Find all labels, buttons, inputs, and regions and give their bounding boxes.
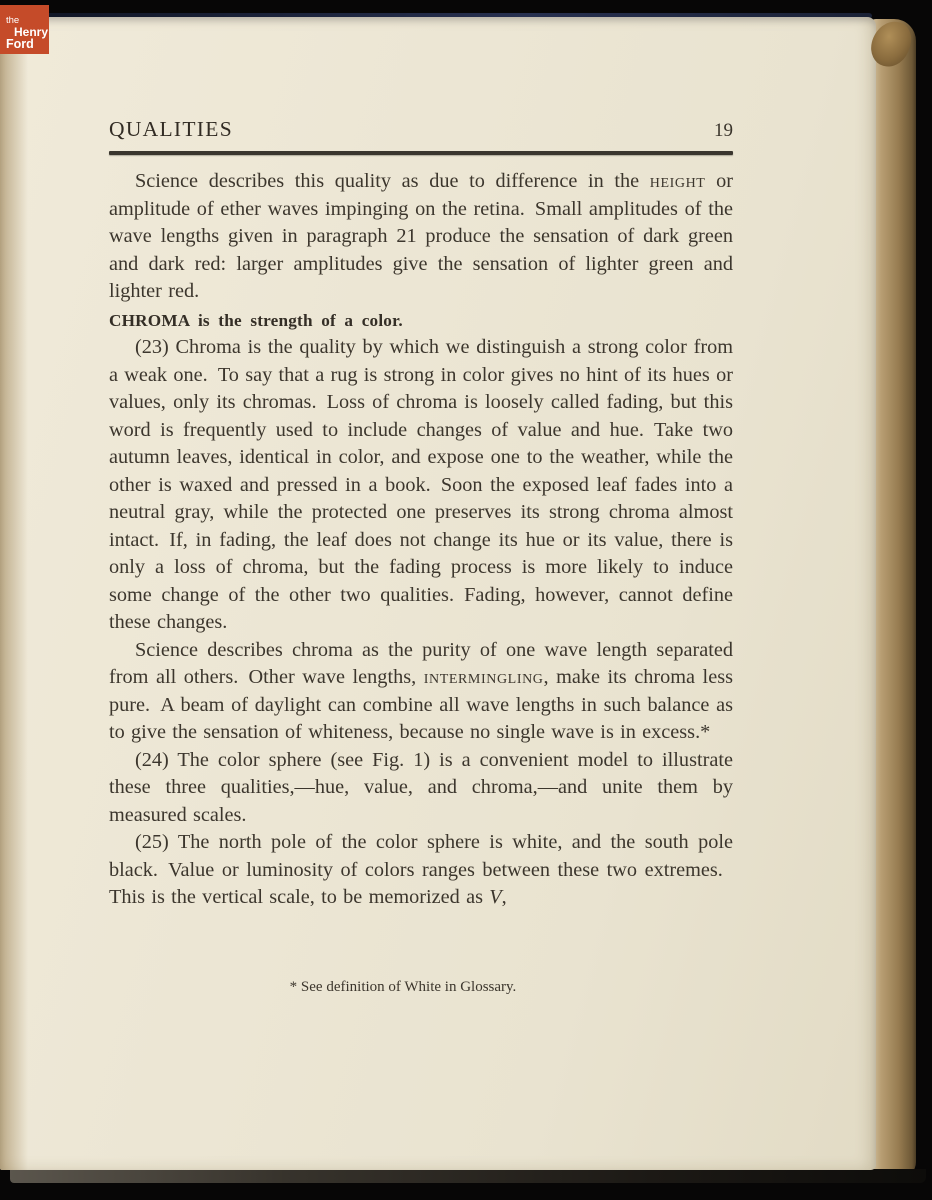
- section-heading: CHROMA is the strength of a color.: [109, 306, 733, 335]
- text-run: CHROMA is the strength of a color.: [109, 311, 403, 330]
- text-run: (24) The color sphere (see Fig. 1) is a …: [109, 749, 733, 826]
- paragraph: Science describes chroma as the purity o…: [109, 637, 733, 747]
- page-header: QUALITIES 19: [109, 117, 733, 142]
- emphasized-text: V: [489, 886, 501, 908]
- paragraph: (25) The north pole of the color sphere …: [109, 829, 733, 912]
- gutter-shadow: [0, 17, 28, 1170]
- scan-stage: QUALITIES 19 Science describes this qual…: [0, 0, 932, 1200]
- paragraph: (24) The color sphere (see Fig. 1) is a …: [109, 747, 733, 830]
- text-run: (25) The north pole of the color sphere …: [109, 831, 733, 908]
- henry-ford-logo: the Henry Ford: [0, 5, 49, 54]
- book-page: QUALITIES 19 Science describes this qual…: [0, 17, 876, 1170]
- text-run: ,: [502, 886, 507, 908]
- paragraph: Science describes this quality as due to…: [109, 168, 733, 306]
- running-title: QUALITIES: [109, 117, 233, 142]
- header-rule: [109, 151, 733, 155]
- emphasized-text: height: [650, 170, 706, 192]
- text-run: Science describes this quality as due to…: [135, 170, 650, 192]
- page-number: 19: [714, 120, 733, 142]
- logo-text-ford: Ford: [6, 38, 34, 51]
- page-body: Science describes this quality as due to…: [109, 168, 733, 912]
- paragraph: (23) Chroma is the quality by which we d…: [109, 334, 733, 637]
- emphasized-text: intermingling: [424, 666, 544, 688]
- book-bottom-edge: [10, 1169, 926, 1183]
- text-run: (23) Chroma is the quality by which we d…: [109, 336, 733, 633]
- footnote: * See definition of White in Glossary.: [91, 979, 715, 996]
